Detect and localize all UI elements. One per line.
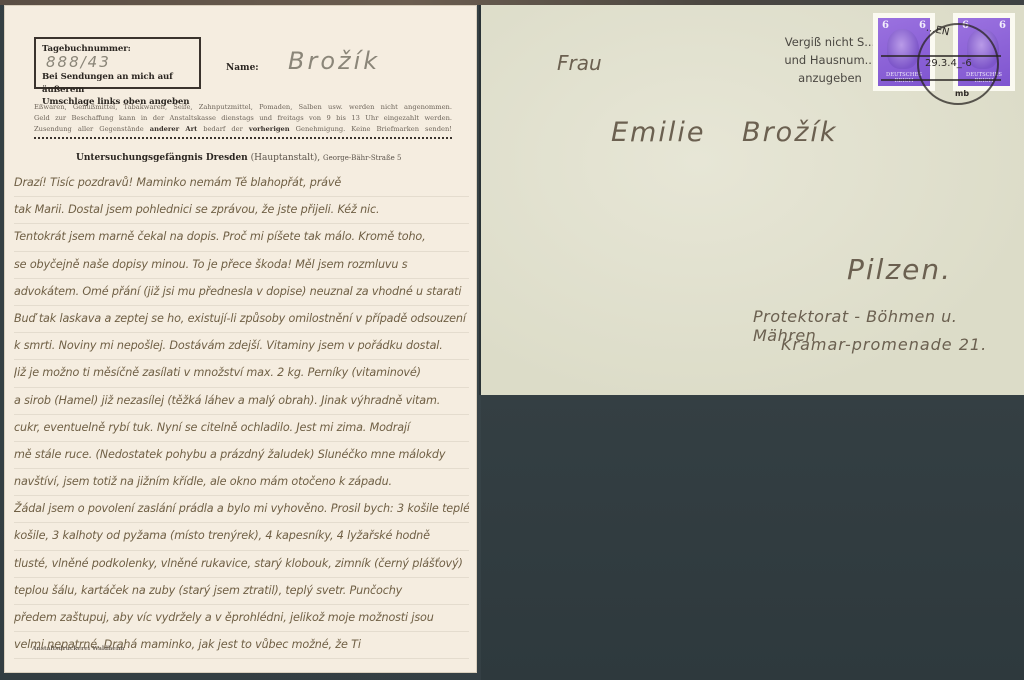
letter-line: a sirob (Hamel) již nezasílej (těžká láh… xyxy=(14,388,469,415)
name-label: Name: xyxy=(226,63,259,73)
rules-text: bedarf der xyxy=(203,125,243,133)
letter-line: Drazí! Tisíc pozdravů! Maminko nemám Tě … xyxy=(14,170,469,197)
postmark-date: 29.3.4_-6 xyxy=(925,58,972,69)
institution-header: Untersuchungsgefängnis Dresden (Hauptans… xyxy=(76,153,401,163)
address-city: Pilzen. xyxy=(847,253,952,286)
letter-line: tlusté, vlněné podkolenky, vlněné rukavi… xyxy=(14,551,469,578)
address-street: Kramar-promenade 21. xyxy=(781,335,987,354)
envelope: Vergiß nicht S... und Hausnum... anzugeb… xyxy=(481,5,1024,395)
printer-mark: Anstaltsdruckerei Waldheim xyxy=(32,646,124,652)
letter-line: košile, 3 kalhoty od pyžama (místo trený… xyxy=(14,523,469,550)
address-salutation: Frau xyxy=(557,51,602,75)
postmark-code: mb xyxy=(955,89,969,98)
prison-letter-card: Tagebuchnummer: 888/43 Bei Sendungen an … xyxy=(4,5,477,673)
reference-instruction-1: Bei Sendungen an mich auf äußerem xyxy=(42,71,193,96)
prison-rules: Eßwaren, Genußmittel, Tabakwaren, Seife,… xyxy=(34,102,452,135)
letter-line: Žádal jsem o povolení zaslání prádla a b… xyxy=(14,496,469,523)
letter-line: mě stále ruce. (Nedostatek pohybu a práz… xyxy=(14,442,469,469)
letter-line: navštíví, jsem totiž na jižním křídle, a… xyxy=(14,469,469,496)
dark-backing-board xyxy=(481,395,1024,680)
letter-line: cukr, eventuelně rybí tuk. Nyní se citel… xyxy=(14,415,469,442)
stamp-value: 6 xyxy=(882,20,889,31)
rules-emphasis: anderer Art xyxy=(150,125,197,133)
letter-line: Tentokrát jsem marně čekal na dopis. Pro… xyxy=(14,224,469,251)
institution-address: George-Bähr-Straße 5 xyxy=(323,154,401,162)
rules-text: Genehmigung. Keine Briefmarken senden! xyxy=(296,125,452,133)
letter-line: tak Marii. Dostal jsem pohlednici se zpr… xyxy=(14,197,469,224)
institution-name: Untersuchungsgefängnis Dresden xyxy=(76,153,248,163)
stamp-value: 6 xyxy=(999,20,1006,31)
letter-line: teplou šálu, kartáček na zuby (starý jse… xyxy=(14,578,469,605)
address-recipient: Emilie Brožík xyxy=(611,117,838,148)
letter-line: k smrti. Noviny mi nepošlej. Dostávám zd… xyxy=(14,333,469,360)
name-handwritten: Brožík xyxy=(288,47,380,75)
rules-line-2: Geld zur Beschaffung kann in der Anstalt… xyxy=(34,113,452,124)
rules-text: Zusendung aller Gegenstände xyxy=(34,125,144,133)
reference-number: 888/43 xyxy=(46,53,111,71)
letter-line: předem zaštupuj, aby víc vydržely a v ěp… xyxy=(14,605,469,632)
letter-line: Již je možno ti měsíčně zasílati v množs… xyxy=(14,360,469,387)
reference-number-box: Tagebuchnummer: 888/43 Bei Sendungen an … xyxy=(34,37,201,89)
letter-line: advokátem. Omé přání (již jsi mu přednes… xyxy=(14,279,469,306)
institution-branch: (Hauptanstalt), xyxy=(251,153,321,163)
handwritten-letter: Drazí! Tisíc pozdravů! Maminko nemám Tě … xyxy=(14,170,469,659)
rules-line-1: Eßwaren, Genußmittel, Tabakwaren, Seife,… xyxy=(34,102,452,113)
letter-line: Buď tak laskava a zeptej se ho, existují… xyxy=(14,306,469,333)
rules-emphasis: vorherigen xyxy=(249,125,290,133)
rules-line-3: Zusendung aller Gegenstände anderer Art … xyxy=(34,124,452,135)
letter-line: se obyčejně naše dopisy minou. To je pře… xyxy=(14,252,469,279)
dotted-divider xyxy=(34,137,452,139)
